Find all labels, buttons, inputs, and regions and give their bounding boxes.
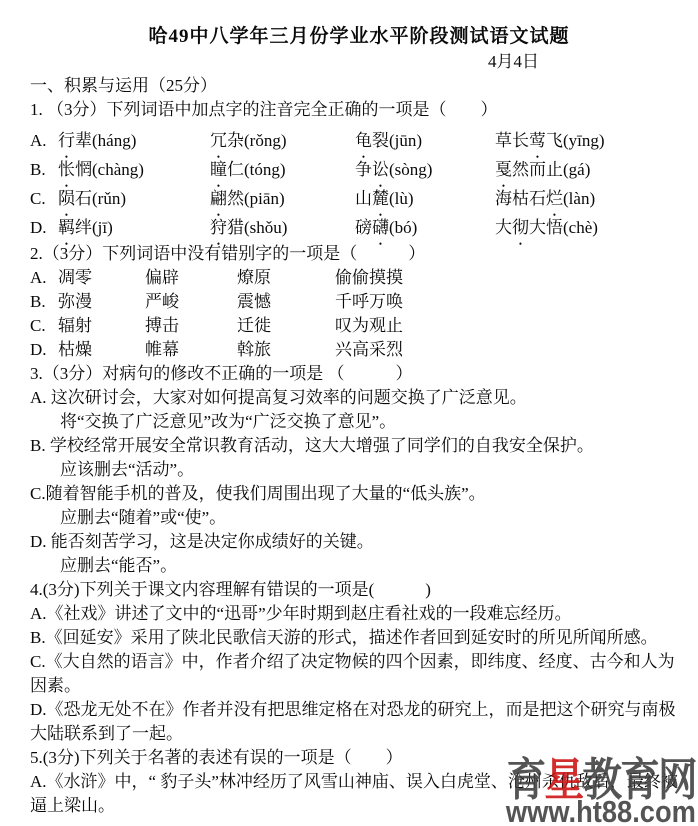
word-item: 帷幕 <box>145 338 237 362</box>
q3-option-d: D. 能否刻苦学习，这是决定你成绩好的关键。 <box>30 530 688 554</box>
q4-option-c: C.《大自然的语言》中，作者介绍了决定物候的四个因素，即纬度、经度、古今和人为因… <box>30 650 688 698</box>
word-item: 磅礴(bó) <box>355 213 495 242</box>
option-row: D.羁绊(jī)狩猎(shǒu)磅礴(bó)大彻大悟(chè) <box>30 213 688 242</box>
dotted-char: 翩 <box>210 184 227 213</box>
word-item: 偷偷摸摸 <box>335 266 403 290</box>
document-page: 哈49中八学年三月份学业水平阶段测试语文试题 4月4日 一、积累与运用（25分）… <box>0 0 698 826</box>
option-row: A.凋零偏辟燎原偷偷摸摸 <box>30 266 688 290</box>
dotted-char: 彻 <box>512 213 529 242</box>
option-row: C.辐射搏击迁徙叹为观止 <box>30 314 688 338</box>
word-item: 海枯石烂(làn) <box>495 184 595 213</box>
word-item: 千呼万唤 <box>335 290 403 314</box>
q4-option-a: A.《社戏》讲述了文中的“迅哥”少年时期到赵庄看社戏的一段难忘经历。 <box>30 602 688 626</box>
option-label: B. <box>30 155 58 184</box>
word-item: 搏击 <box>145 314 237 338</box>
option-row: A.行辈(háng)冗杂(rǒng)龟裂(jūn)草长莺飞(yīng) <box>30 126 688 155</box>
section-heading: 一、积累与运用（25分） <box>30 74 688 98</box>
question-1-options: A.行辈(háng)冗杂(rǒng)龟裂(jūn)草长莺飞(yīng)B.怅惘(… <box>30 126 688 242</box>
word-item: 大彻大悟(chè) <box>495 213 598 242</box>
word-item: 弥漫 <box>58 290 145 314</box>
dotted-char: 瞳 <box>210 155 227 184</box>
question-2-stem: 2.（3分）下列词语中没有错别字的一项是（ ） <box>30 242 688 266</box>
q3-fix-b: 应该删去“活动”。 <box>30 458 688 482</box>
dotted-char: 戛 <box>495 155 512 184</box>
word-item: 行辈(háng) <box>58 126 210 155</box>
dotted-char: 讼 <box>372 155 389 184</box>
word-item: 山麓(lù) <box>355 184 495 213</box>
page-title: 哈49中八学年三月份学业水平阶段测试语文试题 <box>30 24 688 50</box>
word-item: 斡旅 <box>237 338 335 362</box>
dotted-char: 龟 <box>355 126 372 155</box>
word-item: 震憾 <box>237 290 335 314</box>
dotted-char: 麓 <box>372 184 389 213</box>
exam-date: 4月4日 <box>488 52 539 71</box>
option-row: B.怅惘(chàng)瞳仁(tóng)争讼(sòng)戛然而止(gá) <box>30 155 688 184</box>
word-item: 争讼(sòng) <box>355 155 495 184</box>
option-label: C. <box>30 184 58 213</box>
option-label: C. <box>30 314 58 338</box>
word-item: 冗杂(rǒng) <box>210 126 355 155</box>
question-1-stem: 1. （3分）下列词语中加点字的注音完全正确的一项是（ ） <box>30 98 688 122</box>
date-line: 4月4日 <box>30 50 688 74</box>
question-5-stem: 5.(3分)下列关于名著的表述有误的一项是（ ） <box>30 746 688 770</box>
question-3-stem: 3.（3分）对病句的修改不正确的一项是 （ ） <box>30 362 688 386</box>
option-row: D.枯燥帷幕斡旅兴高采烈 <box>30 338 688 362</box>
q3-option-b: B. 学校经常开展安全常识教育活动，这大大增强了同学们的自我安全保护。 <box>30 434 688 458</box>
option-row: C.陨石(rǔn)翩然(piān)山麓(lù)海枯石烂(làn) <box>30 184 688 213</box>
dotted-char: 狩 <box>210 213 227 242</box>
q3-fix-a: 将“交换了广泛意见”改为“广泛交换了意见”。 <box>30 410 688 434</box>
word-item: 陨石(rǔn) <box>58 184 210 213</box>
word-item: 严峻 <box>145 290 237 314</box>
word-item: 草长莺飞(yīng) <box>495 126 605 155</box>
q4-option-b: B.《回延安》采用了陕北民歌信天游的形式，描述作者回到延安时的所见所闻所感。 <box>30 626 688 650</box>
option-label: D. <box>30 338 58 362</box>
word-item: 翩然(piān) <box>210 184 355 213</box>
q3-option-a: A. 这次研讨会，大家对如何提高复习效率的问题交换了广泛意见。 <box>30 386 688 410</box>
question-2-options: A.凋零偏辟燎原偷偷摸摸B.弥漫严峻震憾千呼万唤C.辐射搏击迁徙叹为观止D.枯燥… <box>30 266 688 362</box>
word-item: 狩猎(shǒu) <box>210 213 355 242</box>
word-item: 偏辟 <box>145 266 237 290</box>
word-item: 叹为观止 <box>335 314 403 338</box>
word-item: 戛然而止(gá) <box>495 155 590 184</box>
dotted-char: 陨 <box>58 184 75 213</box>
q3-fix-d: 应删去“能否”。 <box>30 554 688 578</box>
word-item: 瞳仁(tóng) <box>210 155 355 184</box>
dotted-char: 怅 <box>58 155 75 184</box>
word-item: 羁绊(jī) <box>58 213 210 242</box>
word-item: 燎原 <box>237 266 335 290</box>
option-label: A. <box>30 126 58 155</box>
option-label: B. <box>30 290 58 314</box>
q3-option-c: C.随着智能手机的普及，使我们周围出现了大量的“低头族”。 <box>30 482 688 506</box>
option-row: B.弥漫严峻震憾千呼万唤 <box>30 290 688 314</box>
dotted-char: 礴 <box>372 213 389 242</box>
option-label: D. <box>30 213 58 242</box>
word-item: 龟裂(jūn) <box>355 126 495 155</box>
word-item: 凋零 <box>58 266 145 290</box>
option-label: A. <box>30 266 58 290</box>
word-item: 迁徙 <box>237 314 335 338</box>
q5-option-a: A.《水浒》中，“ 豹子头”林冲经历了风雪山神庙、误入白虎堂、沧州杀仇敌后，最终… <box>30 770 688 818</box>
word-item: 兴高采烈 <box>335 338 403 362</box>
word-item: 枯燥 <box>58 338 145 362</box>
word-item: 怅惘(chàng) <box>58 155 210 184</box>
q4-option-d: D.《恐龙无处不在》作者并没有把思维定格在对恐龙的研究上，而是把这个研究与南极大… <box>30 698 688 746</box>
dotted-char: 羁 <box>58 213 75 242</box>
document-content: 哈49中八学年三月份学业水平阶段测试语文试题 4月4日 一、积累与运用（25分）… <box>0 0 698 818</box>
dotted-char: 莺 <box>529 126 546 155</box>
dotted-char: 行 <box>58 126 75 155</box>
q3-fix-c: 应删去“随着”或“使”。 <box>30 506 688 530</box>
word-item: 辐射 <box>58 314 145 338</box>
question-4-stem: 4.(3分)下列关于课文内容理解有错误的一项是( ) <box>30 578 688 602</box>
dotted-char: 冗 <box>210 126 227 155</box>
dotted-char: 烂 <box>546 184 563 213</box>
